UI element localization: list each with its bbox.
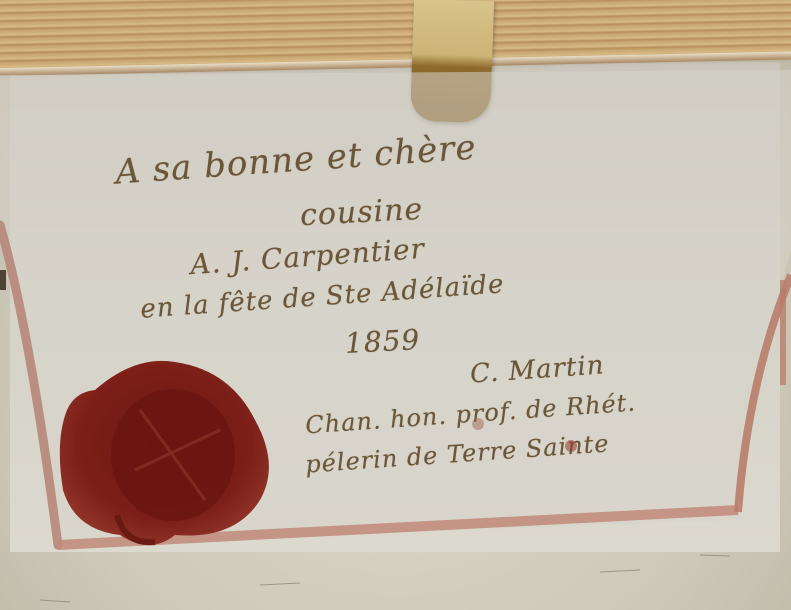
photo-scene: A sa bonne et chère cousine A. J. Carpen… — [0, 0, 791, 610]
ink-stain — [472, 418, 484, 430]
inscription-line-5: 1859 — [344, 323, 421, 360]
inscription-line-2: cousine — [299, 192, 424, 233]
ink-stain — [565, 440, 577, 452]
red-wax-seal — [55, 350, 275, 555]
